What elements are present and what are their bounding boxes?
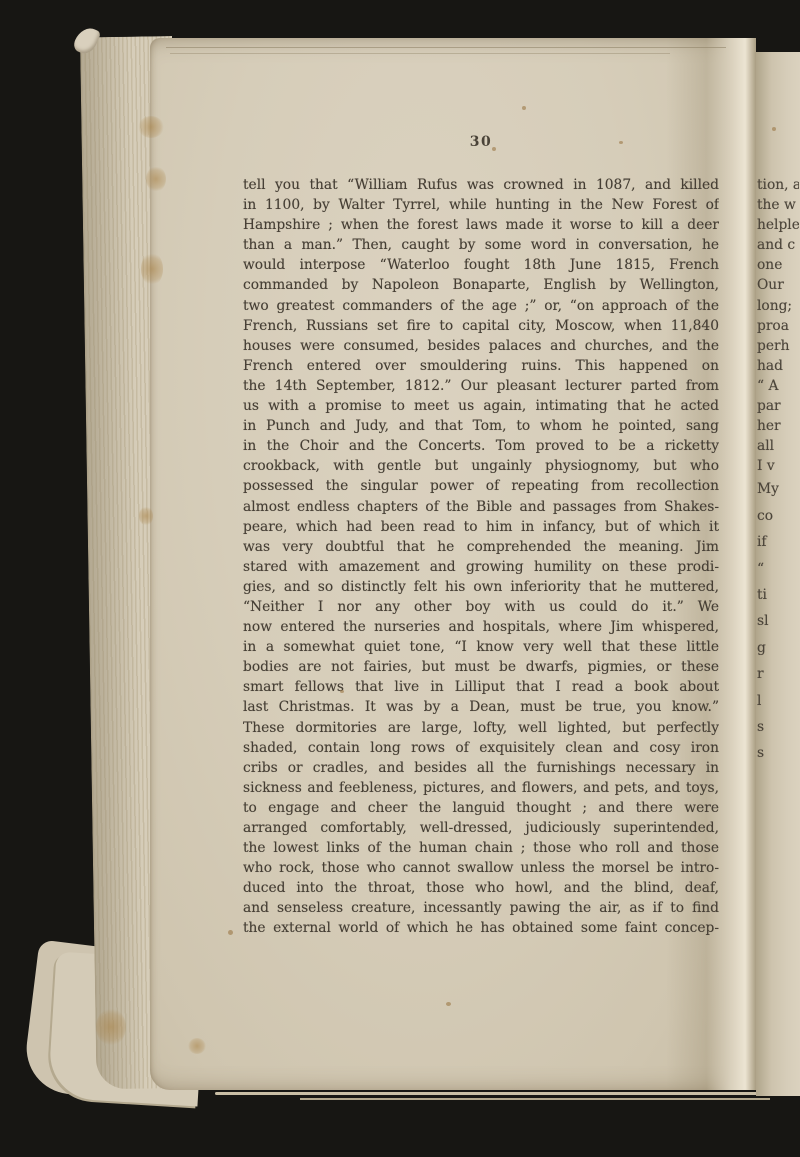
next-page-line: I v — [757, 456, 799, 476]
text-line: smart fellows that live in Lilliput that… — [243, 677, 719, 697]
next-page-line: g — [757, 635, 799, 661]
next-page-line: Our — [757, 275, 799, 295]
text-line: French, Russians set fire to capital cit… — [243, 316, 719, 336]
next-page-line: s — [757, 714, 799, 740]
next-page-line: all — [757, 436, 799, 456]
paper-speck — [228, 930, 233, 935]
body-text: tell you that “William Rufus was crowned… — [243, 175, 719, 939]
next-page-line: par — [757, 396, 799, 416]
text-line: sickness and feebleness, pictures, and f… — [243, 778, 719, 798]
underpage-top-edge-line — [166, 47, 726, 48]
underpage-bottom-edge-line — [300, 1098, 770, 1100]
next-page-line: perh — [757, 336, 799, 356]
text-line: peare, which had been read to him in inf… — [243, 517, 719, 537]
text-line: was very doubtful that he comprehended t… — [243, 537, 719, 557]
text-line: in a somewhat quiet tone, “I know very w… — [243, 637, 719, 657]
paper-speck — [340, 690, 344, 693]
next-page-line: r — [757, 661, 799, 687]
foxing-stain — [96, 1008, 126, 1046]
next-page-line: s — [757, 740, 799, 766]
paper-speck — [522, 106, 526, 110]
text-line: us with a promise to meet us again, inti… — [243, 396, 719, 416]
next-page-line: the w — [757, 195, 799, 215]
underpage-bottom-edge-line — [215, 1092, 800, 1095]
text-line: in the Choir and the Concerts. Tom prove… — [243, 436, 719, 456]
text-line: possessed the singular power of repeatin… — [243, 476, 719, 496]
text-line: These dormitories are large, lofty, well… — [243, 718, 719, 738]
next-page-line: sl — [757, 608, 799, 634]
text-line: Hampshire ; when the forest laws made it… — [243, 215, 719, 235]
next-page-line: co — [757, 503, 799, 529]
next-page-line: had — [757, 356, 799, 376]
text-line: gies, and so distinctly felt his own inf… — [243, 577, 719, 597]
text-line: now entered the nurseries and hospitals,… — [243, 617, 719, 637]
text-line: the lowest links of the human chain ; th… — [243, 838, 719, 858]
text-line: duced into the throat, those who howl, a… — [243, 878, 719, 898]
text-line: in 1100, by Walter Tyrrel, while hunting… — [243, 195, 719, 215]
text-line: the 14th September, 1812.” Our pleasant … — [243, 376, 719, 396]
next-page-line: “ — [757, 556, 799, 582]
next-page-text: tion, athe whelpleand coneOurlong;proape… — [757, 175, 799, 767]
next-page-line: helple — [757, 215, 799, 235]
next-page-line: My — [757, 476, 799, 502]
underpage-top-edge-line — [170, 53, 670, 54]
next-page-line: if — [757, 529, 799, 555]
text-line: who rock, those who cannot swallow unles… — [243, 858, 719, 878]
text-line: “Neither I nor any other boy with us cou… — [243, 597, 719, 617]
text-line: and senseless creature, incessantly pawi… — [243, 898, 719, 918]
page-number: 30 — [243, 134, 719, 150]
next-page-line: “ A — [757, 376, 799, 396]
text-line: commanded by Napoleon Bonaparte, English… — [243, 275, 719, 295]
paper-speck — [446, 1002, 451, 1006]
paper-speck — [492, 147, 496, 151]
next-page-line: proa — [757, 316, 799, 336]
text-line: bodies are not fairies, but must be dwar… — [243, 657, 719, 677]
text-line: almost endless chapters of the Bible and… — [243, 497, 719, 517]
foxing-stain — [141, 252, 163, 286]
foxing-stain — [146, 166, 166, 192]
text-line: stared with amazement and growing humili… — [243, 557, 719, 577]
text-line: last Christmas. It was by a Dean, must b… — [243, 697, 719, 717]
text-line: the external world of which he has obtai… — [243, 918, 719, 938]
next-page-line: one — [757, 255, 799, 275]
text-line: tell you that “William Rufus was crowned… — [243, 175, 719, 195]
next-page-line: ti — [757, 582, 799, 608]
text-line: houses were consumed, besides palaces an… — [243, 336, 719, 356]
book-photograph: 30 tell you that “William Rufus was crow… — [0, 0, 800, 1157]
paper-speck — [619, 141, 623, 144]
next-page-line: and c — [757, 235, 799, 255]
text-line: crookback, with gentle but ungainly phys… — [243, 456, 719, 476]
text-line: to engage and cheer the languid thought … — [243, 798, 719, 818]
text-line: arranged comfortably, well-dressed, judi… — [243, 818, 719, 838]
text-line: would interpose “Waterloo fought 18th Ju… — [243, 255, 719, 275]
next-page-line: her — [757, 416, 799, 436]
foxing-stain — [139, 506, 153, 526]
text-line: cribs or cradles, and besides all the fu… — [243, 758, 719, 778]
next-page-line: tion, a — [757, 175, 799, 195]
paper-speck — [772, 127, 776, 131]
text-line: than a man.” Then, caught by some word i… — [243, 235, 719, 255]
foxing-stain — [188, 1038, 206, 1054]
text-line: two greatest commanders of the age ;” or… — [243, 296, 719, 316]
text-line: in Punch and Judy, and that Tom, to whom… — [243, 416, 719, 436]
text-line: shaded, contain long rows of exquisitely… — [243, 738, 719, 758]
foxing-stain — [138, 116, 164, 138]
next-page-line: l — [757, 688, 799, 714]
text-line: French entered over smouldering ruins. T… — [243, 356, 719, 376]
next-page-line: long; — [757, 296, 799, 316]
